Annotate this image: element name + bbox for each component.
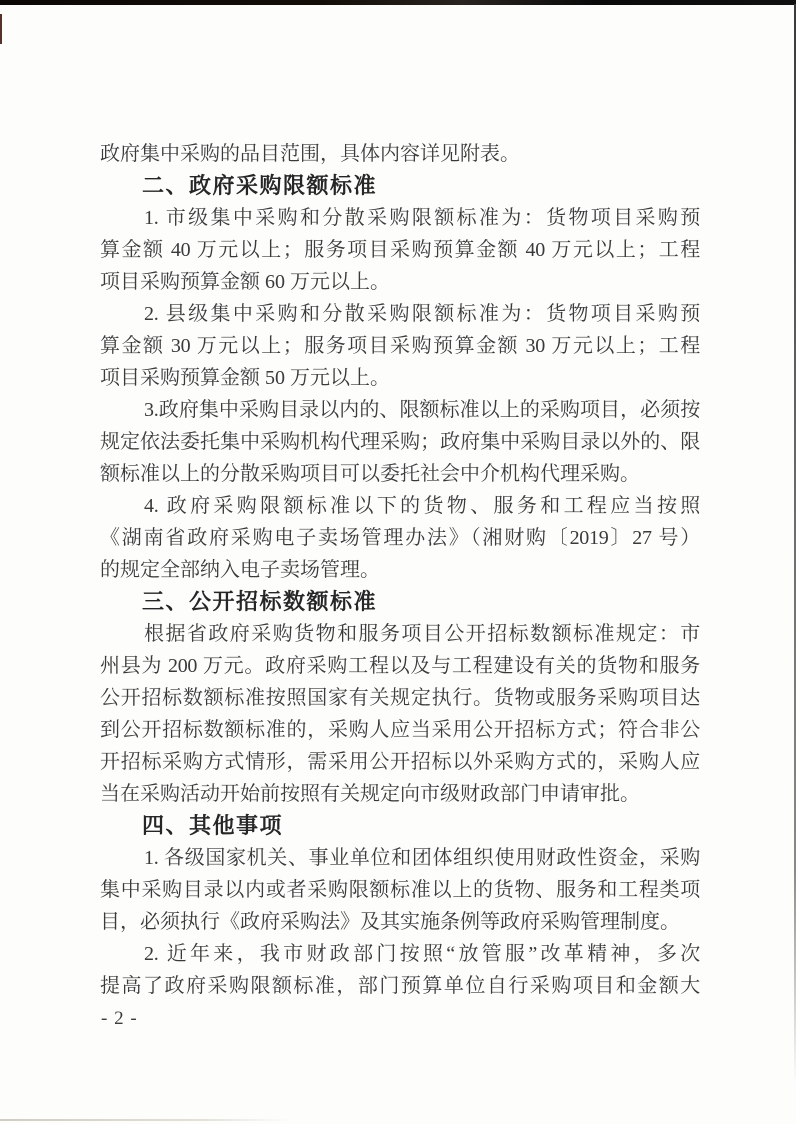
text-line: 4. 政府采购限额标准以下的货物、服务和工程应当按照 <box>100 490 700 522</box>
page-number: - 2 - <box>101 1008 138 1030</box>
section-heading: 二、政府采购限额标准 <box>100 170 700 202</box>
text-line: 项目采购预算金额 60 万元以上。 <box>100 266 700 298</box>
document-body: 政府集中采购的品目范围，具体内容详见附表。 二、政府采购限额标准 1. 市级集中… <box>100 138 700 1002</box>
text-line: 当在采购活动开始前按照有关规定向市级财政部门申请审批。 <box>100 778 700 810</box>
document-page: 政府集中采购的品目范围，具体内容详见附表。 二、政府采购限额标准 1. 市级集中… <box>0 0 796 1124</box>
scan-artifact-top <box>0 0 796 5</box>
text-line: 项目采购预算金额 50 万元以上。 <box>100 362 700 394</box>
text-line: 算金额 40 万元以上；服务项目采购预算金额 40 万元以上；工程 <box>100 234 700 266</box>
text-line: 《湖南省政府采购电子卖场管理办法》（湘财购〔2019〕27 号） <box>100 522 700 554</box>
text-line: 3.政府集中采购目录以内的、限额标准以上的采购项目，必须按 <box>100 394 700 426</box>
section-heading: 四、其他事项 <box>100 810 700 842</box>
scan-artifact-bottom <box>0 1119 290 1121</box>
text-line: 根据省政府采购货物和服务项目公开招标数额标准规定：市 <box>100 618 700 650</box>
text-line: 到公开招标数额标准的，采购人应当采用公开招标方式；符合非公 <box>100 714 700 746</box>
text-line: 1. 各级国家机关、事业单位和团体组织使用财政性资金，采购 <box>100 842 700 874</box>
section-heading: 三、公开招标数额标准 <box>100 586 700 618</box>
text-line: 的规定全部纳入电子卖场管理。 <box>100 554 700 586</box>
text-line: 集中采购目录以内或者采购限额标准以上的货物、服务和工程类项 <box>100 874 700 906</box>
text-line: 开招标采购方式情形，需采用公开招标以外采购方式的，采购人应 <box>100 746 700 778</box>
text-line: 政府集中采购的品目范围，具体内容详见附表。 <box>100 138 700 170</box>
text-line: 算金额 30 万元以上；服务项目采购预算金额 30 万元以上；工程 <box>100 330 700 362</box>
text-line: 2. 近年来，我市财政部门按照“放管服”改革精神，多次 <box>100 938 700 970</box>
text-line: 1. 市级集中采购和分散采购限额标准为：货物项目采购预 <box>100 202 700 234</box>
scan-artifact-left <box>0 14 2 44</box>
text-line: 2. 县级集中采购和分散采购限额标准为：货物项目采购预 <box>100 298 700 330</box>
text-line: 规定依法委托集中采购机构代理采购；政府集中采购目录以外的、限 <box>100 426 700 458</box>
text-line: 公开招标数额标准按照国家有关规定执行。货物或服务采购项目达 <box>100 682 700 714</box>
text-line: 提高了政府采购限额标准，部门预算单位自行采购项目和金额大 <box>100 970 700 1002</box>
text-line: 州县为 200 万元。政府采购工程以及与工程建设有关的货物和服务 <box>100 650 700 682</box>
text-line: 目，必须执行《政府采购法》及其实施条例等政府采购管理制度。 <box>100 906 700 938</box>
text-line: 额标准以上的分散采购项目可以委托社会中介机构代理采购。 <box>100 458 700 490</box>
